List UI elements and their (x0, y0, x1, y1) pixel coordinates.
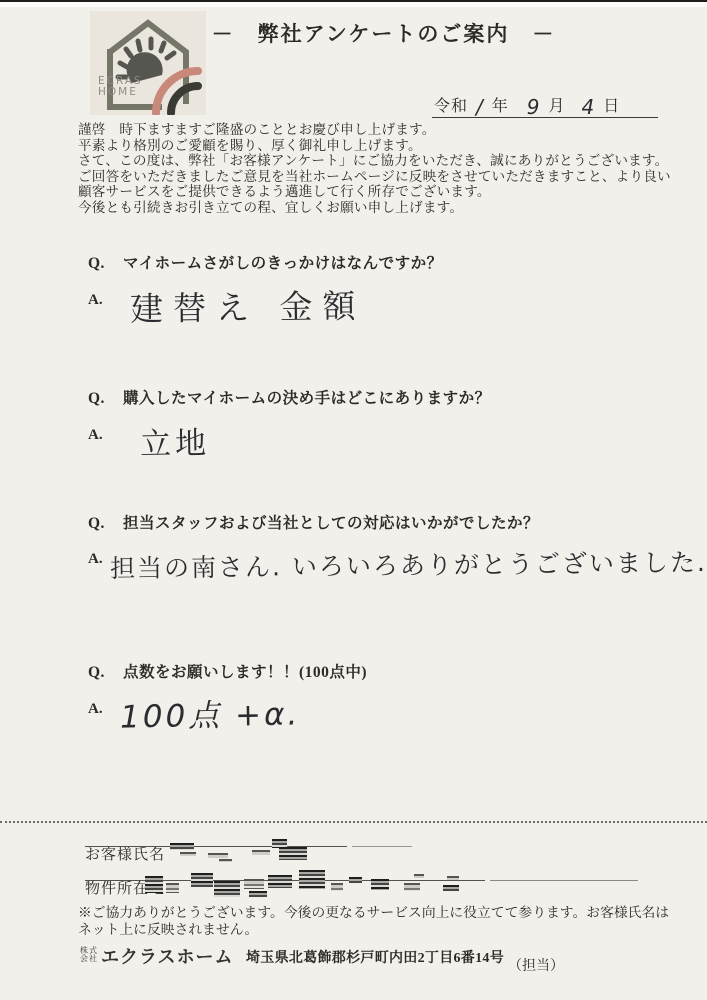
dotted-separator (0, 821, 707, 823)
question-2-prefix: Q. (88, 390, 105, 407)
document-title: － 弊社アンケートのご案内 － (60, 18, 707, 48)
company-address: 埼玉県北葛飾郡杉戸町内田2丁目6番14号 (246, 947, 504, 967)
scan-artifact-white-strip (0, 2, 707, 7)
company-contact: （担当） (508, 955, 564, 975)
question-3: Q.担当スタッフおよび当社としての対応はいかがでしたか？ (88, 511, 539, 533)
question-2-text: 購入したマイホームの決め手はどこにありますか？ (123, 390, 491, 407)
greeting-line-2: 平素より格別のご愛顧を賜り、厚く御礼申し上げます。 (78, 138, 698, 154)
company-prefix: 株式 会社 (80, 947, 98, 963)
question-3-text: 担当スタッフおよび当社としての対応はいかがでしたか？ (123, 515, 539, 532)
greeting-line-5: 顧客サービスをご提供できるよう邁進して行く所存でございます。 (78, 184, 698, 200)
date-year-handwritten: / (476, 98, 484, 116)
answer-3-prefix: A. (88, 551, 103, 568)
answer-1-prefix: A. (88, 292, 103, 309)
greeting-line-4: ご回答をいただきましたご意見を当社ホームページに反映をさせていただきますこと、よ… (78, 169, 698, 185)
company-prefix-line2: 会社 (80, 955, 98, 963)
answer-4-handwriting: 100点 +α. (120, 688, 301, 736)
customer-name-underline (85, 846, 347, 847)
question-1-text: マイホームさがしのきっかけはなんですか？ (123, 255, 443, 272)
property-location-underline-2 (490, 880, 638, 881)
date-day-unit: 日 (603, 93, 620, 116)
date-month-handwritten: 9 (527, 98, 541, 116)
greeting-line-3: さて、この度は、弊社「お客様アンケート」にご協力をいただき、誠にありがとうござい… (78, 153, 698, 169)
company-name: エクラスホーム (101, 943, 233, 969)
logo-text-line2: HOME (98, 87, 143, 98)
question-4: Q.点数をお願いします！！(100点中) (88, 660, 367, 682)
answer-3-handwriting: 担当の南さん. いろいろありがとうございました. (110, 543, 707, 585)
company-info-row: 株式 会社 エクラスホーム 埼玉県北葛飾郡杉戸町内田2丁目6番14号 （担当） (80, 941, 680, 971)
question-4-prefix: Q. (88, 664, 105, 681)
question-1-prefix: Q. (88, 255, 105, 272)
scanned-survey-document: ECRAS HOME － 弊社アンケートのご案内 － 令和 / 年 9 月 4 … (0, 0, 707, 1000)
date-line: 令和 / 年 9 月 4 日 (432, 88, 658, 118)
footer-note-line2: ネット上に反映されません。 (78, 922, 678, 939)
answer-1-handwriting: 建替え 金額 (130, 280, 366, 330)
greeting-paragraph: 謹啓 時下ますますご隆盛のこととお慶び申し上げます。 平素より格別のご愛顧を賜り… (78, 122, 698, 216)
footer-note: ※ご協力ありがとうございます。今後の更なるサービス向上に役立てて参ります。お客様… (78, 905, 678, 938)
logo-wordmark: ECRAS HOME (98, 76, 143, 98)
answer-2-handwriting: 立地 (140, 417, 211, 463)
date-month-unit: 月 (549, 93, 566, 116)
footer-note-line1: ※ご協力ありがとうございます。今後の更なるサービス向上に役立てて参ります。お客様… (78, 905, 678, 922)
question-4-text: 点数をお願いします！！(100点中) (123, 664, 367, 681)
date-day-handwritten: 4 (582, 98, 596, 116)
question-2: Q.購入したマイホームの決め手はどこにありますか？ (88, 386, 491, 408)
customer-name-underline-2 (352, 846, 412, 847)
question-3-prefix: Q. (88, 515, 105, 532)
greeting-line-6: 今後とも引続きお引き立ての程、宜しくお願い申し上げます。 (78, 200, 698, 216)
answer-4-prefix: A. (88, 701, 103, 718)
question-1: Q.マイホームさがしのきっかけはなんですか？ (88, 251, 443, 273)
date-year-unit: 年 (492, 93, 509, 116)
date-era-label: 令和 (434, 93, 468, 116)
greeting-line-1: 謹啓 時下ますますご隆盛のこととお慶び申し上げます。 (78, 122, 698, 138)
answer-2-prefix: A. (88, 427, 103, 444)
